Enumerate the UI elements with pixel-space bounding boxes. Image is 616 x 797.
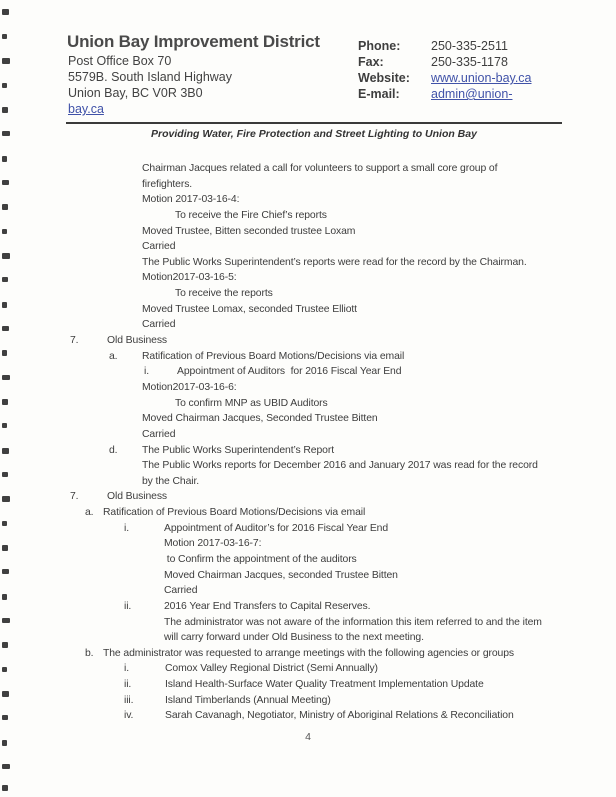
text-line: Old Business — [107, 490, 167, 503]
text-line: Carried — [142, 318, 175, 331]
list-marker: b. — [85, 647, 93, 660]
text-line: The administrator was not aware of the i… — [164, 616, 542, 629]
list-marker: iii. — [124, 694, 133, 707]
list-marker: a. — [109, 350, 117, 363]
text-line: To receive the Fire Chief’s reports — [175, 209, 327, 222]
scan-mark — [2, 34, 7, 39]
list-marker: i. — [144, 365, 149, 378]
text-line: Old Business — [107, 334, 167, 347]
text-line: Carried — [164, 584, 197, 597]
scan-mark — [2, 764, 10, 769]
list-marker: ii. — [124, 678, 131, 691]
text-line: Appointment of Auditor’s for 2016 Fiscal… — [164, 522, 388, 535]
list-marker: iv. — [124, 709, 133, 722]
scan-mark — [2, 399, 8, 405]
text-line: Comox Valley Regional District (Semi Ann… — [165, 662, 378, 675]
text-line: Moved Trustee, Bitten seconded trustee L… — [142, 225, 355, 238]
scan-mark — [2, 569, 9, 574]
text-line: will carry forward under Old Business to… — [164, 631, 424, 644]
list-marker: a. — [85, 506, 93, 519]
list-marker: i. — [124, 662, 129, 675]
scan-mark — [2, 83, 7, 88]
scan-mark — [2, 618, 10, 623]
scan-mark — [2, 785, 8, 791]
scan-mark — [2, 253, 10, 259]
text-line: Carried — [142, 428, 175, 441]
text-line: The Public Works Superintendent’s report… — [142, 256, 527, 269]
text-line: Ratification of Previous Board Motions/D… — [103, 506, 365, 519]
text-line: Island Timberlands (Annual Meeting) — [165, 694, 331, 707]
text-line: Ratification of Previous Board Motions/D… — [142, 350, 404, 363]
document-page: Union Bay Improvement District Post Offi… — [0, 0, 616, 797]
text-line: Moved Chairman Jacques, seconded Trustee… — [164, 569, 398, 582]
text-line: To receive the reports — [175, 287, 273, 300]
scan-mark — [2, 496, 10, 502]
scan-mark — [2, 667, 7, 672]
scan-mark — [2, 302, 7, 308]
scan-mark — [2, 472, 8, 477]
list-marker: d. — [109, 444, 117, 457]
text-line: Carried — [142, 240, 175, 253]
scan-mark — [2, 350, 7, 356]
scan-mark — [2, 740, 7, 746]
list-marker: i. — [124, 522, 129, 535]
text-line: Moved Trustee Lomax, seconded Trustee El… — [142, 303, 357, 316]
scan-mark — [2, 229, 7, 234]
text-line: The administrator was requested to arran… — [103, 647, 514, 660]
text-line: firefighters. — [142, 178, 192, 191]
scan-mark — [2, 642, 8, 648]
text-line: by the Chair. — [142, 475, 199, 488]
scan-mark — [2, 58, 10, 64]
scan-mark — [2, 545, 8, 551]
minutes-body: Chairman Jacques related a call for volu… — [0, 0, 616, 797]
scan-mark — [2, 715, 8, 720]
list-marker: 7. — [70, 334, 78, 347]
scan-mark — [2, 277, 8, 282]
scan-mark — [2, 375, 10, 380]
scan-mark — [2, 326, 9, 331]
text-line: The Public Works Superintendent’s Report — [142, 444, 334, 457]
text-line: Motion2017-03-16-6: — [142, 381, 237, 394]
text-line: The Public Works reports for December 20… — [142, 459, 538, 472]
text-line: 2016 Year End Transfers to Capital Reser… — [164, 600, 370, 613]
text-line: Motion2017-03-16-5: — [142, 271, 237, 284]
text-line: Island Health-Surface Water Quality Trea… — [165, 678, 484, 691]
text-line: Motion 2017-03-16-7: — [164, 537, 261, 550]
text-line: Chairman Jacques related a call for volu… — [142, 162, 497, 175]
text-line: To confirm MNP as UBID Auditors — [175, 397, 328, 410]
text-line: Moved Chairman Jacques, Seconded Trustee… — [142, 412, 378, 425]
scan-mark — [2, 691, 9, 697]
text-line: to Confirm the appointment of the audito… — [164, 553, 357, 566]
text-line: Sarah Cavanagh, Negotiator, Ministry of … — [165, 709, 514, 722]
scan-mark — [2, 9, 9, 15]
scan-mark — [2, 423, 7, 428]
scan-mark — [2, 156, 7, 162]
list-marker: ii. — [124, 600, 131, 613]
list-marker: 7. — [70, 490, 78, 503]
scan-mark — [2, 448, 9, 454]
page-number: 4 — [0, 731, 616, 743]
scan-mark — [2, 594, 7, 600]
scan-mark — [2, 131, 10, 136]
text-line: Motion 2017-03-16-4: — [142, 193, 239, 206]
scan-mark — [2, 107, 8, 113]
scan-mark — [2, 180, 9, 185]
scan-mark — [2, 204, 8, 210]
text-line: Appointment of Auditors for 2016 Fiscal … — [177, 365, 401, 378]
scan-mark — [2, 521, 7, 526]
